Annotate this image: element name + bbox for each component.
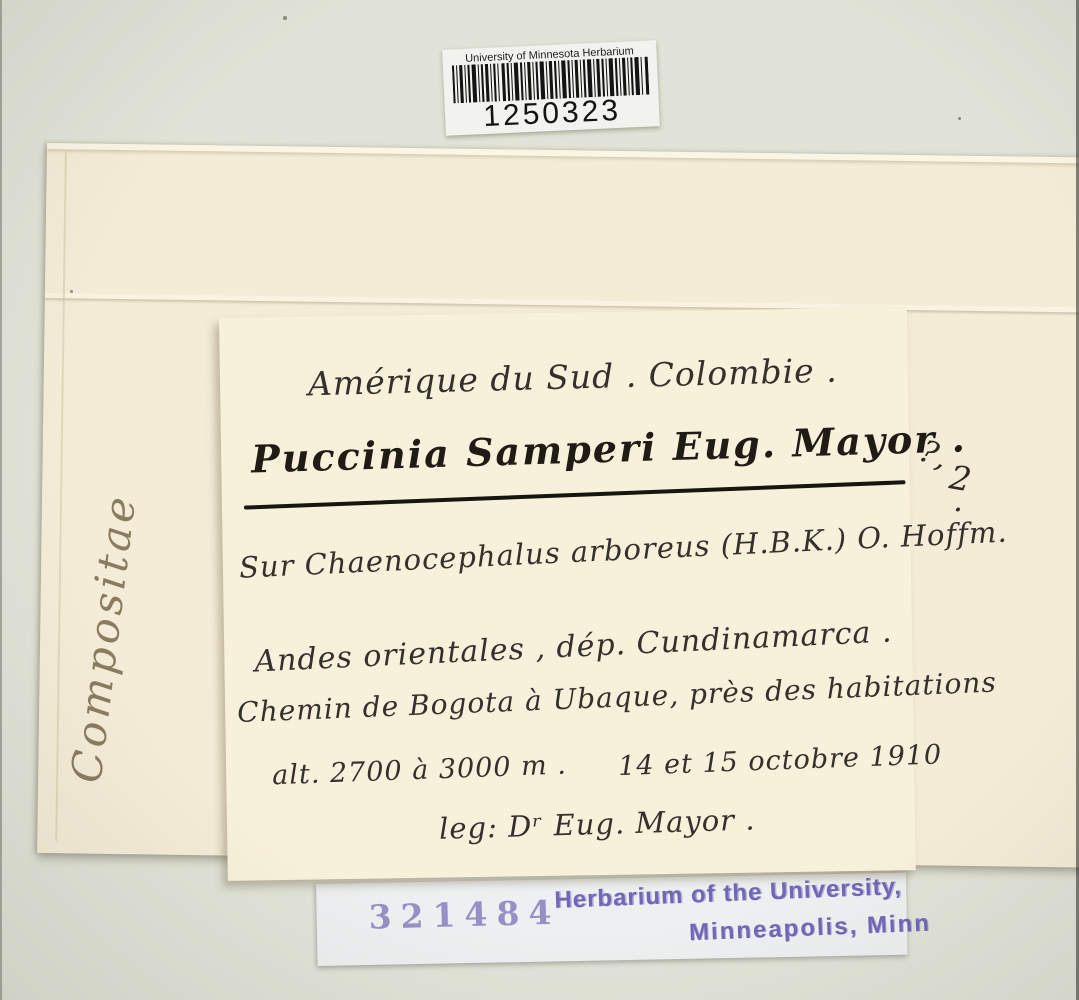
species-name-line: Puccinia Samperi Eug. Mayor . — [251, 419, 968, 478]
accession-number-stamp: 321484 — [368, 893, 561, 937]
photo-left-edge — [0, 0, 2, 1000]
paper-speck — [958, 117, 961, 120]
collector-line: leg: Dʳ Eug. Mayor . — [439, 805, 756, 843]
herbarium-stamp-line-2: Minneapolis, Minn — [688, 910, 931, 948]
packet-left-fold-line — [55, 151, 67, 841]
altitude-text: alt. 2700 à 3000 m . — [272, 752, 568, 790]
species-underline — [244, 480, 906, 509]
packet-crease-line — [45, 293, 1079, 313]
handwritten-label-card: Amérique du Sud . Colombie . Puccinia Sa… — [219, 307, 916, 881]
host-plant-line: Sur Chaenocephalus arboreus (H.B.K.) O. … — [238, 518, 1008, 583]
barcode-label: University of Minnesota Herbarium — [442, 40, 660, 136]
paper-speck — [283, 16, 287, 20]
region-line: Amérique du Sud . Colombie . — [308, 354, 838, 401]
packet-fold-edge — [47, 143, 1079, 164]
collection-date: 14 et 15 octobre 1910 — [618, 741, 943, 780]
locality-line-2: Chemin de Bogota à Ubaque, près des habi… — [237, 669, 998, 727]
accession-stamp-strip: 321484 Herbarium of the University, Minn… — [316, 873, 907, 966]
herbarium-stamp-line-1: Herbarium of the University, — [554, 873, 902, 915]
handwritten-side-mark: . — [953, 486, 964, 517]
paper-speck — [70, 290, 73, 293]
locality-line-1: Andes orientales , dép. Cundinamarca . — [254, 617, 893, 677]
herbarium-specimen-photo: Compositae ?, 2 . University of Minnesot… — [0, 0, 1079, 1000]
barcode-number: 1250323 — [483, 96, 622, 132]
